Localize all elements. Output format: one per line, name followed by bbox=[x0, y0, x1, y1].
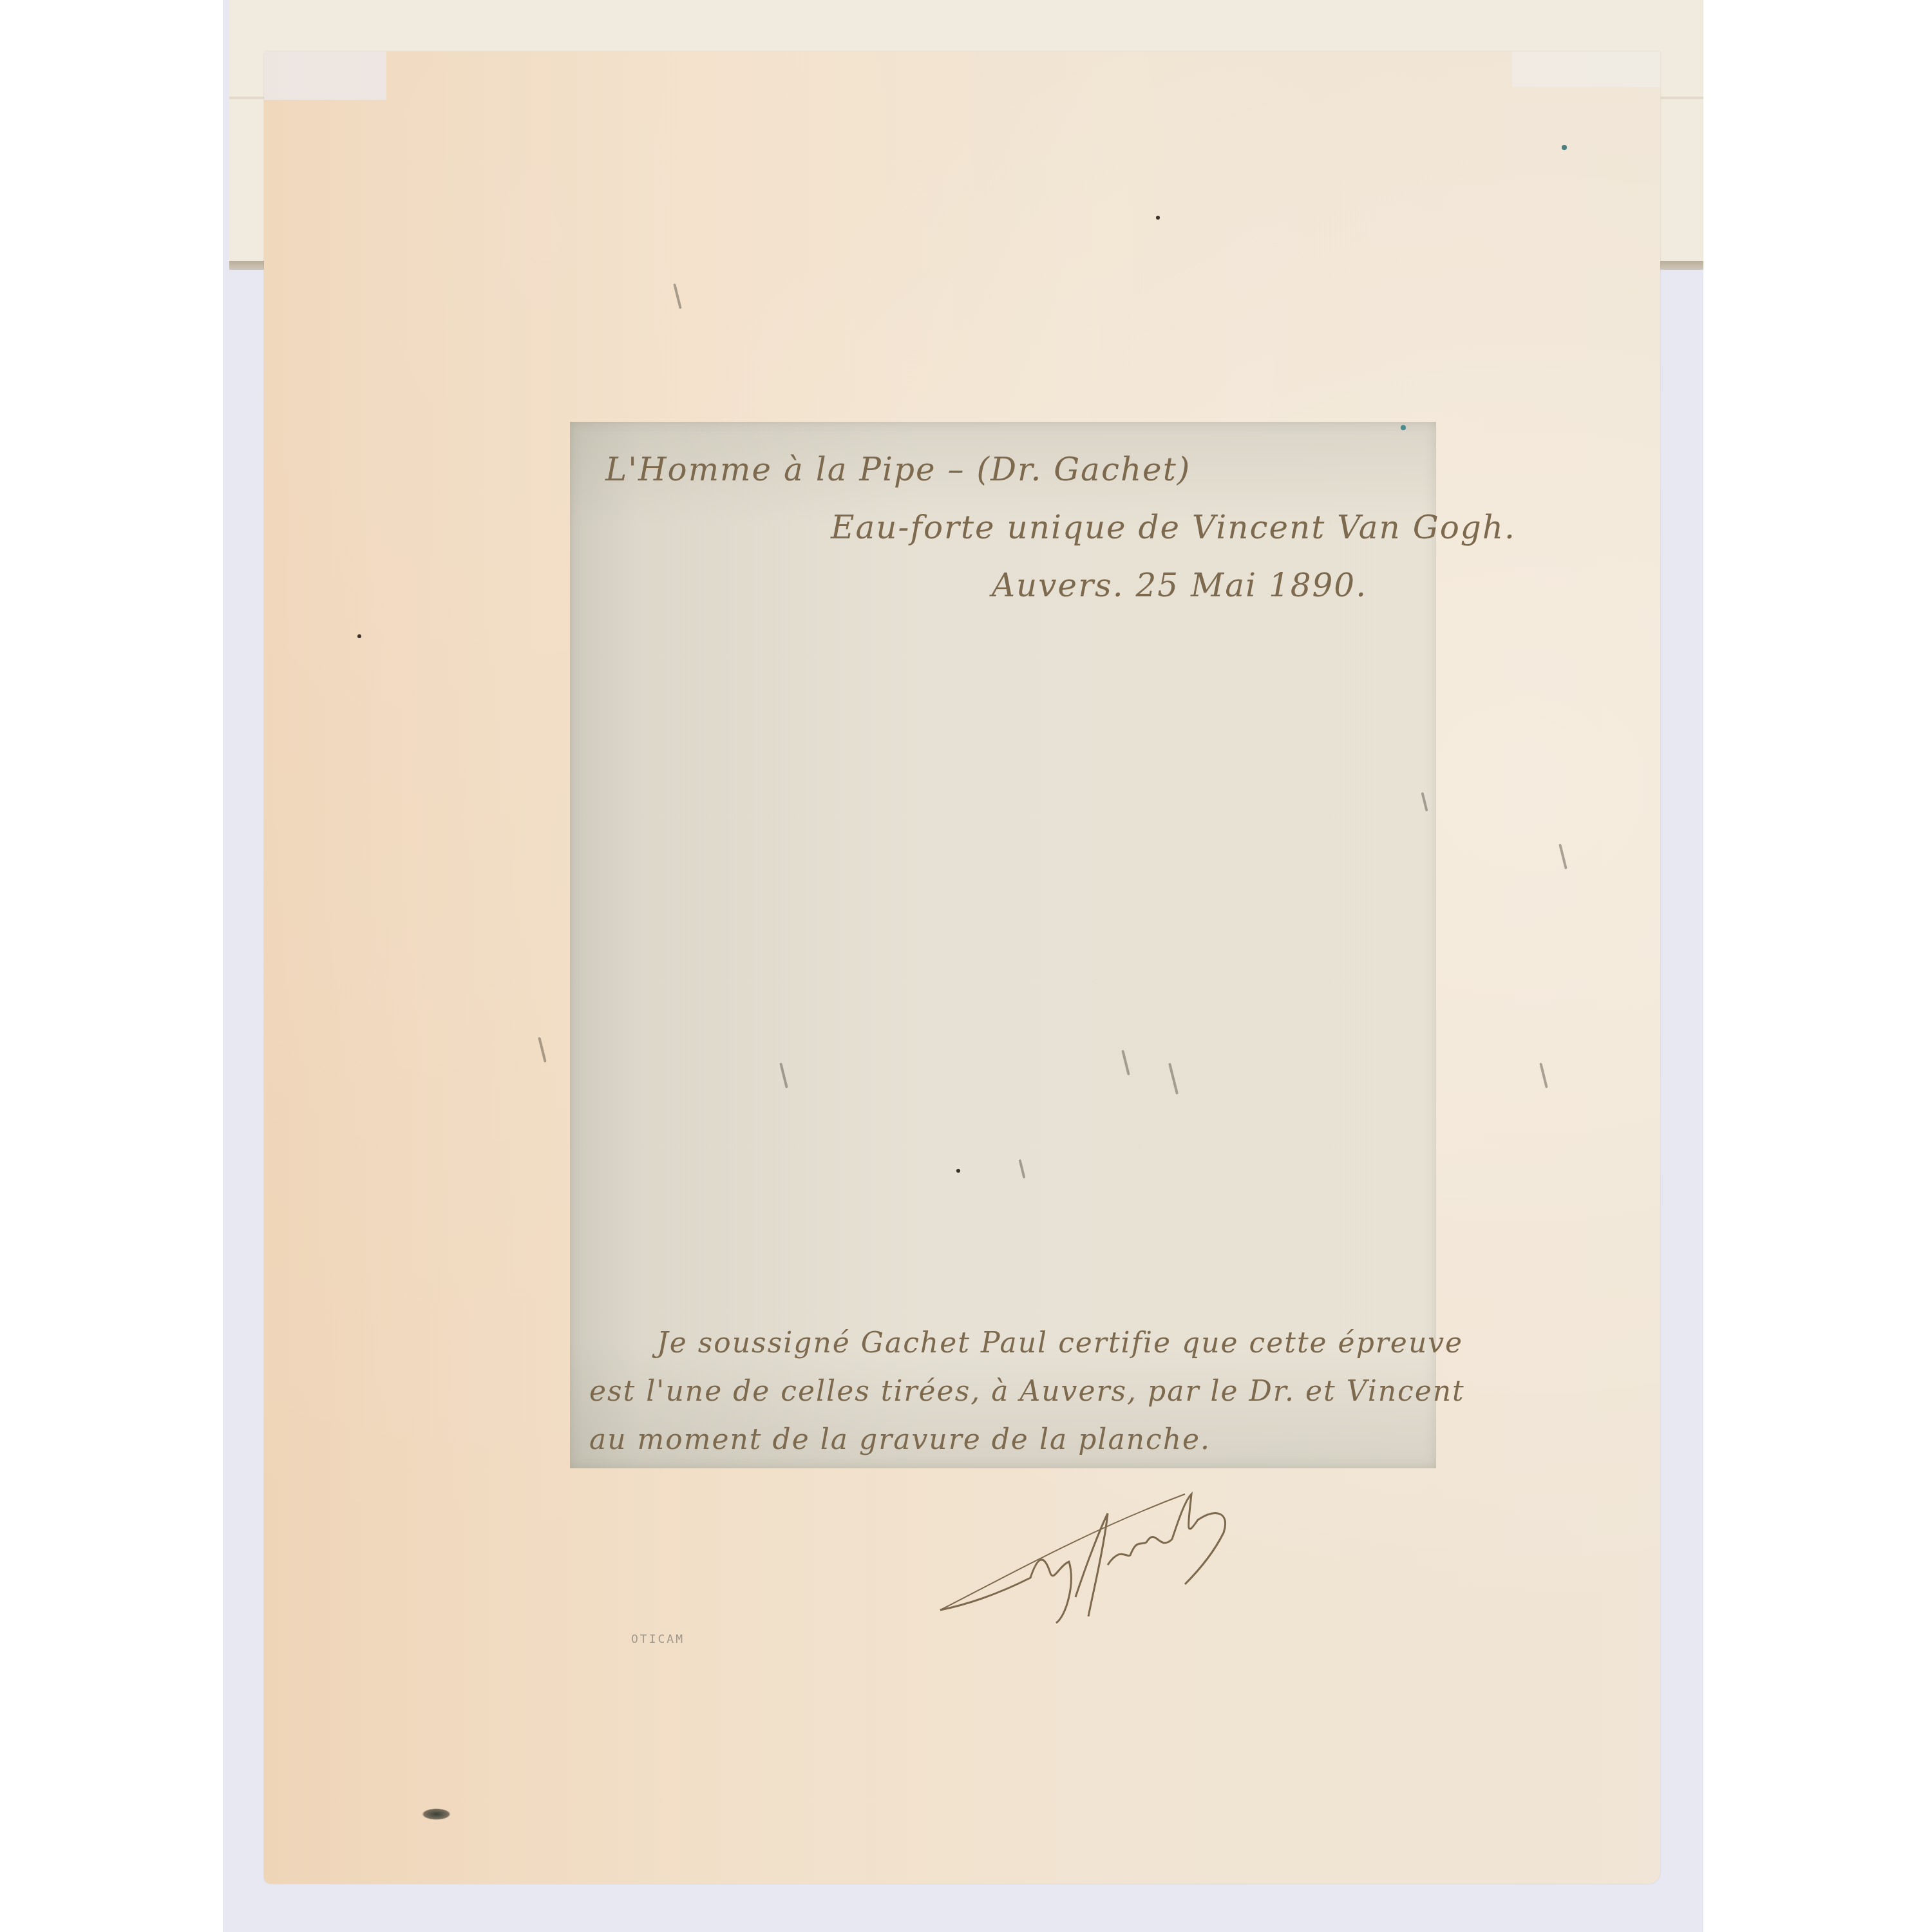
certification-line-1: Je soussigné Gachet Paul certifie que ce… bbox=[657, 1327, 1463, 1359]
ink-speck bbox=[1156, 216, 1160, 220]
certification-line-3: au moment de la gravure de la planche. bbox=[589, 1423, 1211, 1456]
inscription-title: L'Homme à la Pipe – (Dr. Gachet) bbox=[605, 451, 1191, 488]
ink-speck bbox=[956, 1169, 960, 1173]
ink-speck bbox=[1401, 425, 1406, 430]
collector-stamp: OTICAM bbox=[631, 1633, 685, 1646]
certification-line-2: est l'une de celles tirées, à Auvers, pa… bbox=[589, 1375, 1465, 1408]
inscription-subtitle: Eau-forte unique de Vincent Van Gogh. bbox=[831, 509, 1516, 546]
hinge-tab-left bbox=[264, 52, 386, 100]
hinge-tab-right bbox=[1512, 52, 1660, 87]
ink-speck bbox=[357, 634, 361, 638]
ink-blot bbox=[422, 1808, 451, 1820]
inscription-date: Auvers. 25 Mai 1890. bbox=[992, 567, 1367, 604]
signature bbox=[914, 1481, 1249, 1629]
ink-speck bbox=[1562, 145, 1567, 150]
